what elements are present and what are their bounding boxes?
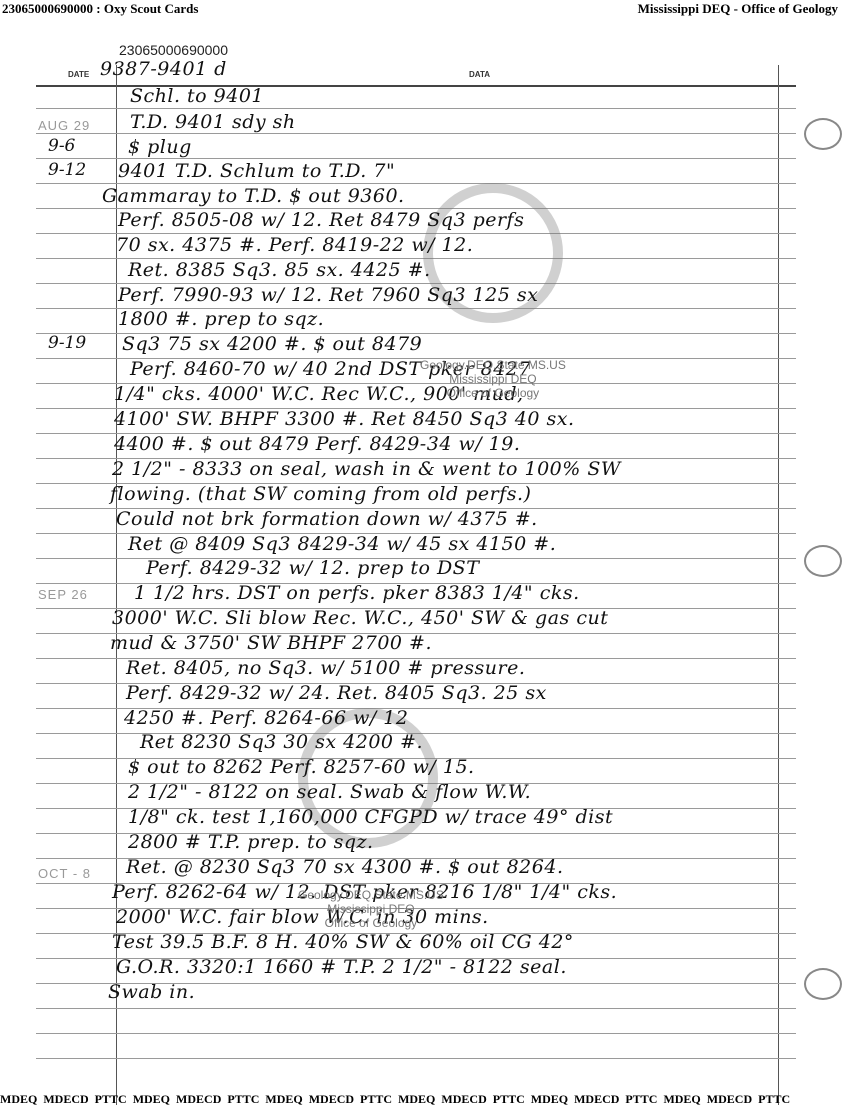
log-entry-line: Perf. 8505-08 w/ 12. Ret 8479 Sq3 perfs [118, 209, 524, 231]
footer-credit: MDECD [441, 1092, 486, 1106]
log-entry-line: 4100' SW. BHPF 3300 #. Ret 8450 Sq3 40 s… [114, 408, 575, 430]
column-data-label: DATA [469, 70, 490, 79]
handwritten-date: 9-19 [48, 333, 86, 353]
right-margin-line [778, 65, 779, 1105]
ruled-line [36, 1033, 796, 1034]
date-stamp: AUG 29 [38, 118, 90, 133]
log-entry-line: Perf. 7990-93 w/ 12. Ret 7960 Sq3 125 sx [118, 284, 538, 306]
column-date-label: DATE [68, 70, 89, 79]
footer-credit: MDEQ [531, 1092, 568, 1106]
log-entry-line: Perf. 8429-32 w/ 24. Ret. 8405 Sq3. 25 s… [126, 682, 547, 704]
footer-credit: PTTC [360, 1092, 392, 1106]
log-entry-line: 2 1/2" - 8122 on seal. Swab & flow W.W. [128, 781, 531, 803]
log-entry-line: 1800 #. prep to sqz. [118, 308, 324, 330]
footer-credit: MDECD [309, 1092, 354, 1106]
footer-credit: MDEQ [398, 1092, 435, 1106]
ruled-line [36, 183, 796, 184]
log-entry-line: Test 39.5 B.F. 8 H. 40% SW & 60% oil CG … [112, 931, 574, 953]
log-entry-line: Ret 8230 Sq3 30 sx 4200 #. [140, 731, 423, 753]
log-entry-line: 3000' W.C. Sli blow Rec. W.C., 450' SW &… [112, 607, 608, 629]
footer-credit: MDEQ [0, 1092, 37, 1106]
log-entry-line: Ret. @ 8230 Sq3 70 sx 4300 #. $ out 8264… [126, 856, 564, 878]
log-entry-line: 9401 T.D. Schlum to T.D. 7" [118, 160, 395, 182]
punch-hole-middle [804, 545, 842, 577]
watermark-text: Geology.DEQ.State.MS.USMississippi DEQOf… [420, 358, 566, 400]
ruled-line [36, 108, 796, 109]
footer-credits: MDEQMDECDPTTCMDEQMDECDPTTCMDEQMDECDPTTCM… [0, 1092, 842, 1109]
footer-credit: PTTC [493, 1092, 525, 1106]
footer-credit: MDECD [707, 1092, 752, 1106]
watermark-text: Geology.DEQ.State.MS.USMississippi DEQOf… [298, 888, 444, 930]
log-entry-line: G.O.R. 3320:1 1660 # T.P. 2 1/2" - 8122 … [116, 956, 567, 978]
date-stamp: OCT - 8 [38, 866, 91, 881]
agency-title: Mississippi DEQ - Office of Geology [638, 1, 838, 17]
footer-credit: PTTC [625, 1092, 657, 1106]
log-entry-line: flowing. (that SW coming from old perfs.… [110, 483, 531, 505]
watermark-line2: Mississippi DEQ [420, 372, 566, 386]
log-entry-line: $ out to 8262 Perf. 8257-60 w/ 15. [128, 756, 475, 778]
log-entry-line: Could not brk formation down w/ 4375 #. [116, 508, 538, 530]
watermark-line3: Office of Geology [420, 386, 566, 400]
log-entry-line: mud & 3750' SW BHPF 2700 #. [110, 632, 432, 654]
ruled-line [36, 1008, 796, 1009]
log-entry-line: Schl. to 9401 [130, 85, 264, 107]
log-entry-line: 4250 #. Perf. 8264-66 w/ 12 [124, 707, 408, 729]
document-title: 23065000690000 : Oxy Scout Cards [2, 1, 198, 17]
footer-credit: PTTC [227, 1092, 259, 1106]
watermark-line1: Geology.DEQ.State.MS.US [420, 358, 566, 372]
ruled-line [36, 133, 796, 134]
footer-credit: MDECD [574, 1092, 619, 1106]
footer-credit: MDEQ [265, 1092, 302, 1106]
log-entry-line: 1 1/2 hrs. DST on perfs. pker 8383 1/4" … [134, 582, 580, 604]
watermark-line1: Geology.DEQ.State.MS.US [298, 888, 444, 902]
footer-credit: MDECD [176, 1092, 221, 1106]
log-entry-line: 2800 # T.P. prep. to sqz. [128, 831, 374, 853]
log-entry-line: Gammaray to T.D. $ out 9360. [102, 185, 405, 207]
handwritten-date: 9-6 [48, 136, 75, 156]
footer-credit: PTTC [95, 1092, 127, 1106]
page-header: 23065000690000 : Oxy Scout Cards Mississ… [0, 0, 842, 18]
watermark-line3: Office of Geology [298, 916, 444, 930]
scout-card: 23065000690000 DATE DATA AUG 29SEP 26OCT… [18, 18, 842, 1088]
log-entry-line: 9387-9401 d [100, 58, 227, 80]
footer-credit: MDECD [43, 1092, 88, 1106]
handwritten-date: 9-12 [48, 160, 86, 180]
punch-hole-bottom [804, 968, 842, 1000]
log-entry-line: 4400 #. $ out 8479 Perf. 8429-34 w/ 19. [114, 433, 520, 455]
watermark-line2: Mississippi DEQ [298, 902, 444, 916]
log-entry-line: 1/8" ck. test 1,160,000 CFGPD w/ trace 4… [128, 806, 613, 828]
log-entry-line: Perf. 8429-32 w/ 12. prep to DST [146, 557, 479, 579]
log-entry-line: Sq3 75 sx 4200 #. $ out 8479 [122, 333, 422, 355]
ruled-line [36, 1058, 796, 1059]
log-entry-line: T.D. 9401 sdy sh [130, 111, 296, 133]
log-entry-line: 70 sx. 4375 #. Perf. 8419-22 w/ 12. [116, 234, 473, 256]
log-entry-line: 2 1/2" - 8333 on seal, wash in & went to… [112, 458, 621, 480]
ruled-line [36, 158, 796, 159]
log-entry-line: Ret @ 8409 Sq3 8429-34 w/ 45 sx 4150 #. [128, 533, 556, 555]
date-stamp: SEP 26 [38, 587, 88, 602]
log-entry-line: $ plug [128, 136, 192, 158]
footer-credit: MDEQ [133, 1092, 170, 1106]
punch-hole-top [804, 118, 842, 150]
footer-credit: PTTC [758, 1092, 790, 1106]
log-entry-line: Swab in. [108, 981, 195, 1003]
footer-credit: MDEQ [663, 1092, 700, 1106]
card-id: 23065000690000 [119, 42, 228, 58]
log-entry-line: Ret. 8385 Sq3. 85 sx. 4425 #. [128, 259, 431, 281]
log-entry-line: Ret. 8405, no Sq3. w/ 5100 # pressure. [126, 657, 525, 679]
